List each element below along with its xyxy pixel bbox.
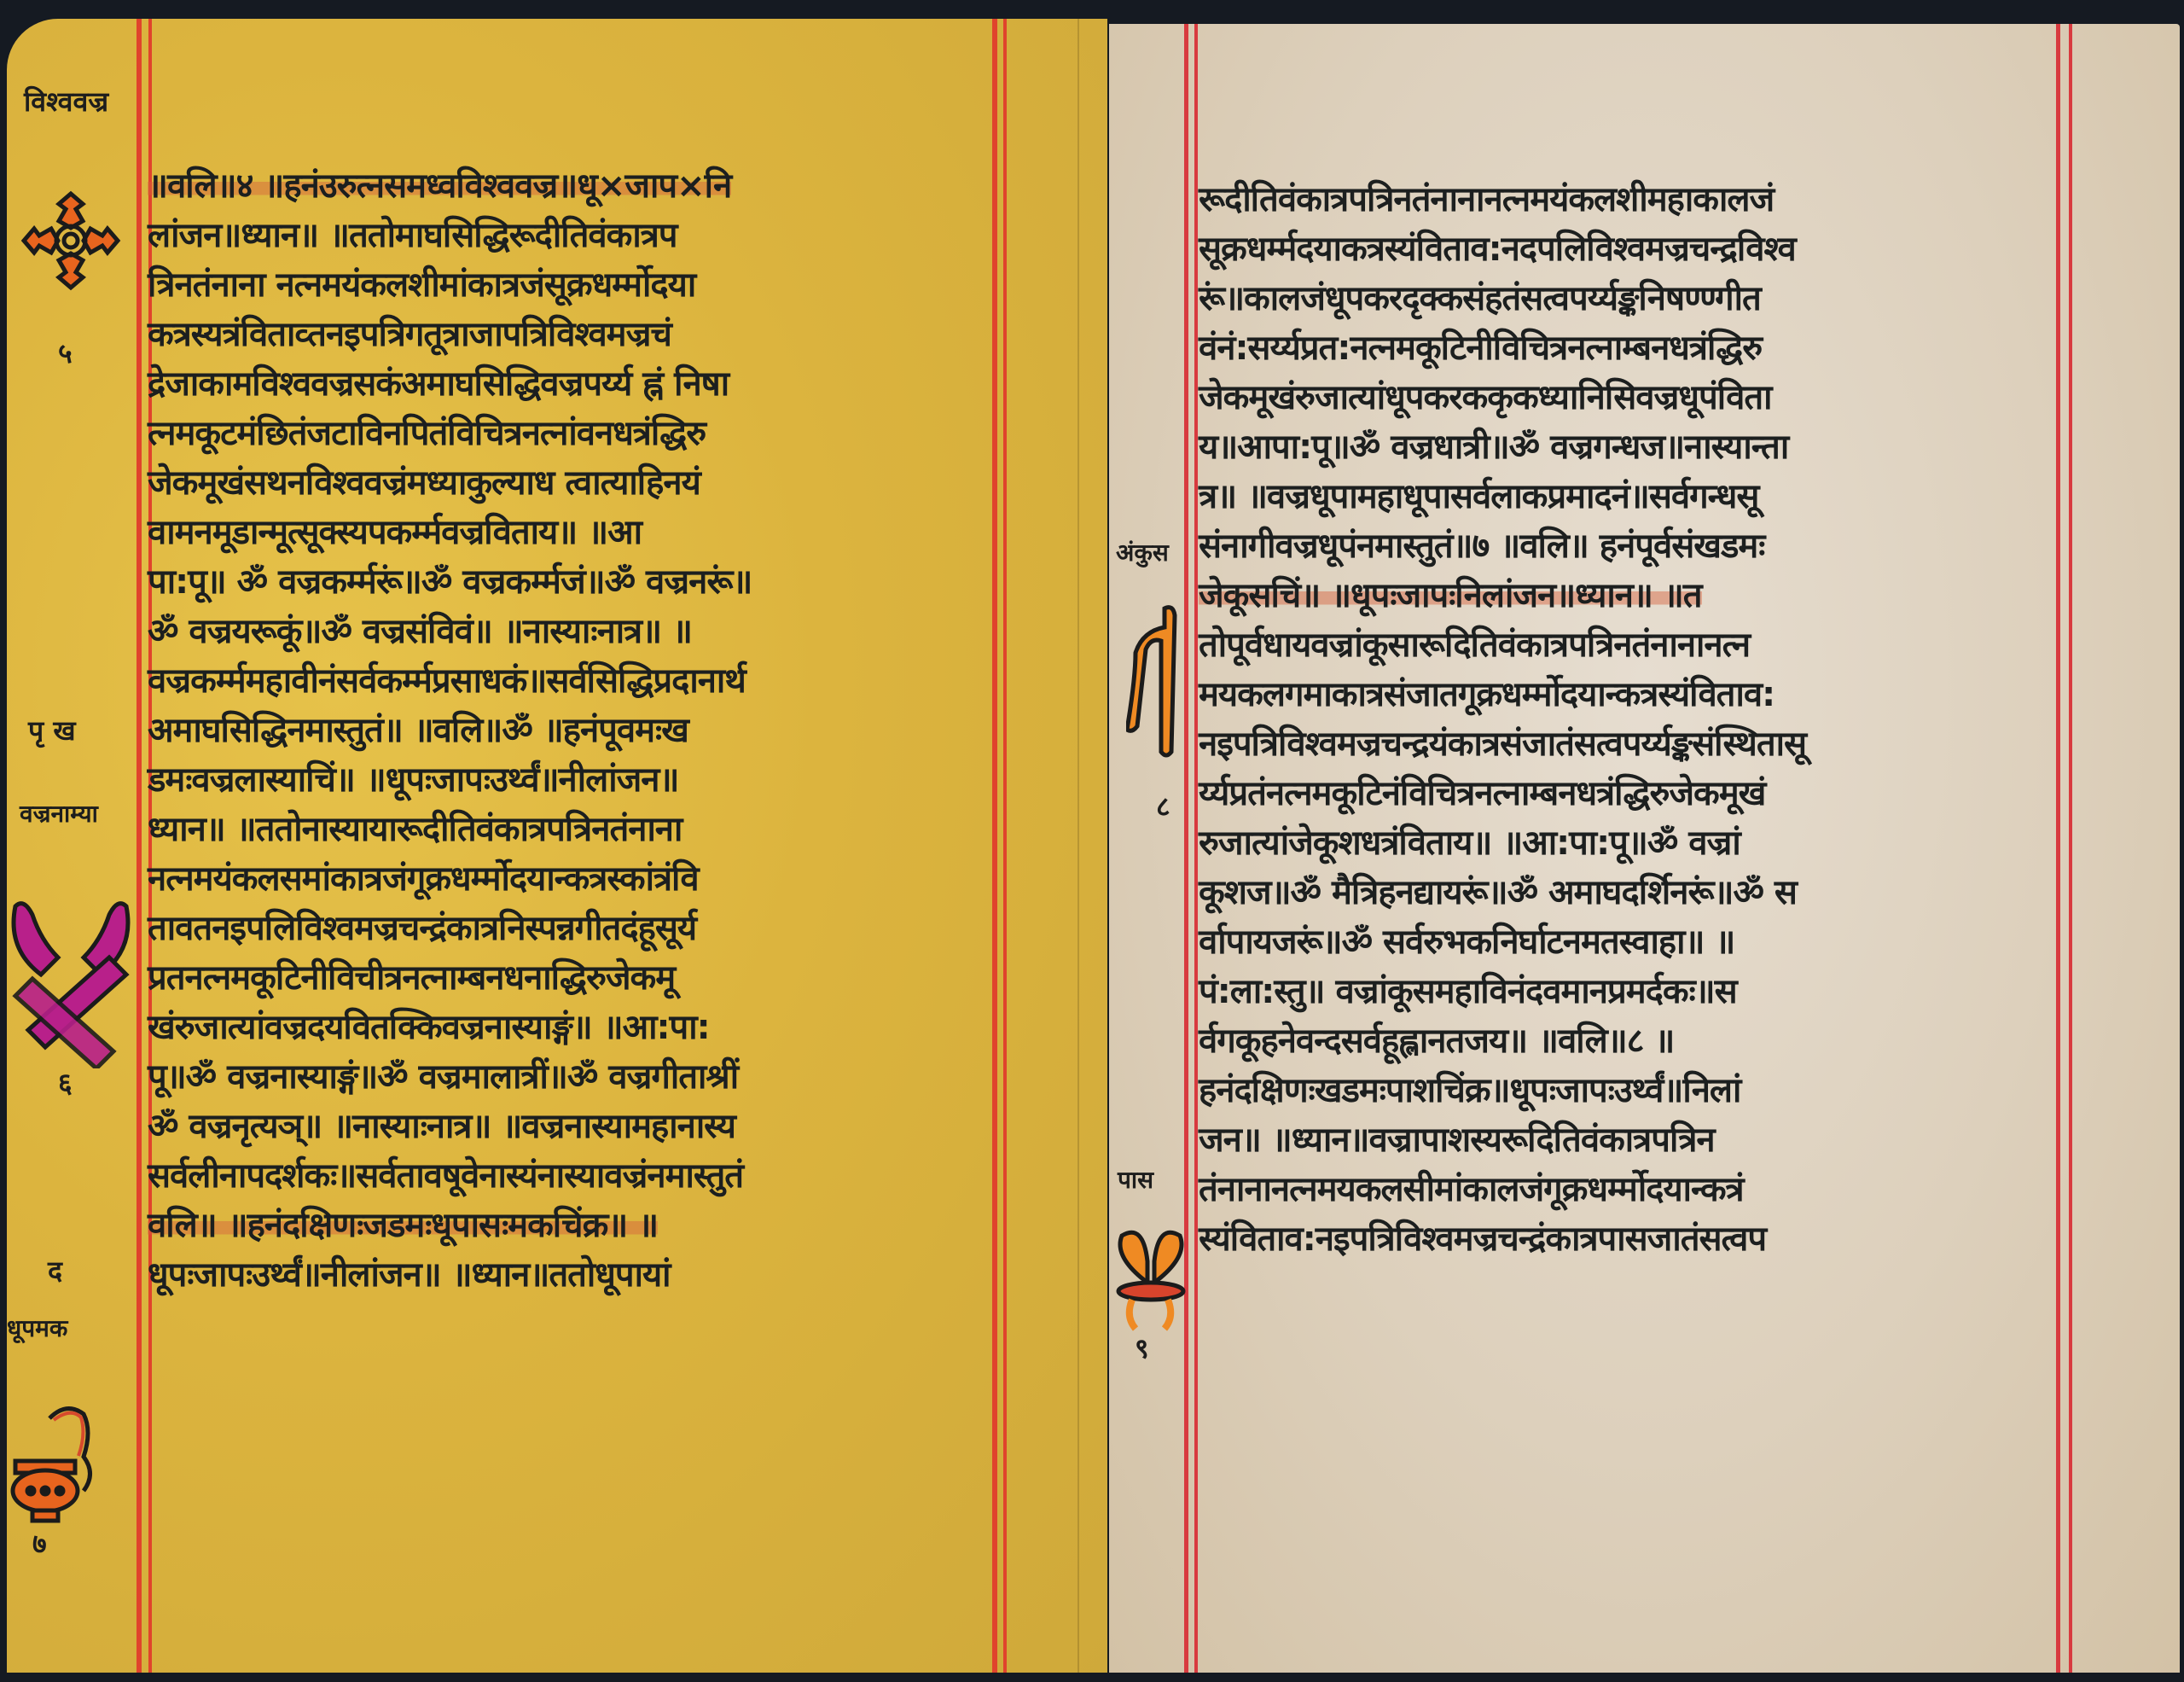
text-line: कत्रस्यत्रंविताव्तनइपत्रिगतूत्राजापत्रिव… (148, 312, 671, 357)
text-line: र्वापायजरूं॥ॐ सर्वरुभकनिर्घाटनमतस्वाहा॥ … (1199, 920, 1734, 964)
text-line: अमाघसिद्धिनमास्तुतं॥ ॥वलि॥ॐ ॥हनंपूवमःख (148, 708, 688, 753)
margin-note: पास (1118, 1163, 1153, 1196)
text-line: त्रिनतंनाना नत्नमयंकलशीमांकात्रजंसूक्रधर… (148, 263, 695, 307)
text-line: त्नमकूटमंछितंजटाविनपितंविचित्रनत्नांवनधत… (148, 411, 706, 456)
text-line: वंनं:सर्य्यप्रत:नत्नमकूटिनीविचित्रनत्नाम… (1199, 326, 1762, 370)
text-line: सूक्रधर्म्मदयाकत्रस्यंविताव:नदपलिविश्वमज… (1199, 227, 1796, 271)
text-line: ॐ वज्रनृत्यञ्॥ ॥नास्याःनात्र॥ ॥वज्रनास्य… (148, 1104, 735, 1149)
text-line: पं:ला:स्तु॥ वज्रांकूसमहाविनंदवमानप्रमर्द… (1199, 969, 1737, 1014)
text-line: मयकलगमाकात्रसंजातगूक्रधर्म्मोदयान्कत्रस्… (1199, 672, 1774, 717)
text-line: तंनानानत्नमयकलसीमांकालजंगूक्रधर्म्मोदयान… (1199, 1167, 1744, 1212)
text-line: वामनमूडान्मूत्सूक्स्यपकर्म्मवज्रविताय॥ ॥… (148, 510, 642, 555)
text-line: तोपूर्वधायवज्रांकूसारूदितिवंकात्रपत्रिनत… (1199, 623, 1750, 667)
text-line: कूशज॥ॐ मैत्रिहनद्यायरूं॥ॐ अमाघदर्शिनरूं॥… (1199, 870, 1797, 915)
text-line: जेकमूखंरुजात्यांधूपकरककृकध्यानिसिवज्रधूप… (1199, 375, 1771, 420)
fold-line (1077, 19, 1079, 1673)
margin-rule (1194, 24, 1198, 1673)
text-line: स्यंविताव:नइपत्रिविश्वमज्रचन्द्रंकात्रपा… (1199, 1217, 1766, 1261)
text-line: ॥वलि॥४ ॥हनंउरुत्नसमध्वविश्ववज्र॥धू×जाप×न… (148, 164, 731, 208)
text-line: य॥आपा:पू॥ॐ वज्रधात्री॥ॐ वज्रगन्धज॥नास्या… (1199, 425, 1788, 469)
margin-rule (1003, 19, 1007, 1673)
text-line: रुजात्यांजेकूशधत्रंविताय॥ ॥आ:पा:पू॥ॐ वज्… (1199, 821, 1740, 865)
folio-number: ५ (58, 335, 73, 371)
text-line: र्वगकूहनेवन्दसर्वहूह्लानतजय॥ ॥वलि॥८ ॥ (1199, 1019, 1674, 1063)
margin-rule (2069, 24, 2072, 1673)
margin-note: विश्ववज्र (24, 83, 108, 119)
incense-burner-icon (7, 1401, 109, 1529)
folio-number: ९ (1135, 1330, 1149, 1366)
margin-rule (2056, 24, 2060, 1673)
margin-note: पृ ख (28, 712, 76, 748)
left-folio: विश्ववज्र ५ पृ ख वज्रनाम्या ६ द धूपमक ७ (7, 19, 1107, 1673)
text-line: डमःवज्रलास्याचिं॥ ॥धूपःजापःउर्थ्वं॥नीलां… (148, 758, 678, 802)
margin-rule (136, 19, 142, 1673)
text-line: तावतनइपलिविश्वमज्रचन्द्रंकात्रनिस्पन्नगी… (148, 906, 696, 951)
folio-number: द (48, 1252, 62, 1289)
text-line: नत्नमयंकलसमांकात्रजंगूक्रधर्म्मोदयान्कत्… (148, 857, 699, 901)
ankusha-goad-icon (1126, 600, 1186, 762)
text-line: ध्यान॥ ॥ततोनास्यायारूदीतिवंकात्रपत्रिनतं… (148, 807, 682, 852)
double-vajra-icon (15, 185, 126, 296)
right-folio: अंकुस ८ पास ९ रूदीतिवंकात्रपत्रिनतंनानान… (1109, 24, 2180, 1673)
text-line: रूं॥कालजंधूपकरदृक्कसंहतंसत्वपर्य्यङ्कनिष… (1199, 276, 1761, 321)
text-line: जन॥ ॥ध्यान॥वज्रापाशस्यरूदितिवंकात्रपत्रि… (1199, 1118, 1715, 1162)
text-line: हनंदक्षिणःखडमःपाशचिंक्र॥धूपःजापःउर्थ्वं॥… (1199, 1068, 1740, 1113)
text-line: प्रतनत्नमकूटिनीविचीत्रनत्नाम्बनधनाद्धिरु… (148, 956, 675, 1000)
text-line: वज्रकर्म्ममहावीनंसर्वकर्म्मप्रसाधकं॥सर्व… (148, 659, 746, 703)
text-line: रूदीतिवंकात्रपत्रिनतंनानानत्नमयंकलशीमहाक… (1199, 178, 1774, 222)
text-line: ॐ वज्रयरूकूं॥ॐ वज्रसंविवं॥ ॥नास्याःनात्र… (148, 609, 692, 654)
text-line: धूपःजापःउर्थ्वं॥नीलांजन॥ ॥ध्यान॥ततोधूपाय… (148, 1253, 671, 1297)
margin-note: अंकुस (1116, 536, 1169, 568)
margin-note: धूपमक (7, 1312, 67, 1344)
text-line: पू॥ॐ वज्रनास्याङ्गं॥ॐ वज्रमालात्रीं॥ॐ वज… (148, 1055, 738, 1099)
margin-rule (1184, 24, 1188, 1673)
text-line: पा:पू॥ ॐ वज्रकर्म्मरूं॥ॐ वज्रकर्म्मजं॥ॐ … (148, 560, 752, 604)
folio-number: ७ (32, 1525, 47, 1562)
folio-number: ६ (58, 1064, 73, 1101)
text-line: द्रेजाकामविश्ववज्रसकंअमाघसिद्धिवज्रपर्य्… (148, 362, 729, 406)
text-line: संनागीवज्रधूपंनमास्तुतं॥७ ॥वलि॥ हनंपूर्व… (1199, 524, 1764, 568)
text-line: र्य्यप्रतंनत्नमकूटिनंविचित्रनत्नाम्बनधत्… (1199, 771, 1765, 816)
text-line: नइपत्रिविश्वमज्रचन्द्रयंकात्रसंजातंसत्वप… (1199, 722, 1806, 766)
text-line: जेकूसचिं॥ ॥धूपःजापःनिलांजन॥ध्यान॥ ॥त (1199, 573, 1702, 618)
crossed-hands-icon (7, 889, 135, 1068)
text-line: त्र॥ ॥वज्रधूपामहाधूपासर्वलाकप्रमादनं॥सर्… (1199, 474, 1758, 519)
margin-rule (992, 19, 997, 1673)
text-line: सर्वलीनापदर्शकः॥सर्वतावषूवेनास्यंनास्याव… (148, 1154, 743, 1198)
text-line: लांजन॥ध्यान॥ ॥ततोमाघसिद्धिरूदीतिवंकात्रप (148, 213, 677, 258)
text-line: खंरुजात्यांवज्रदयवितक्किवज्रनास्याङ्गं॥ … (148, 1005, 710, 1050)
margin-note: वज्रनाम्या (20, 797, 98, 829)
text-line: वलि॥ ॥हनंदक्षिणःजडमःधूपासःमकचिंक्र॥ ॥ (148, 1203, 658, 1248)
pasha-noose-icon (1113, 1223, 1190, 1334)
text-line: जेकमूखंसथनविश्ववज्रंमध्याकुल्याध त्वात्य… (148, 461, 700, 505)
folio-number: ८ (1156, 788, 1170, 824)
